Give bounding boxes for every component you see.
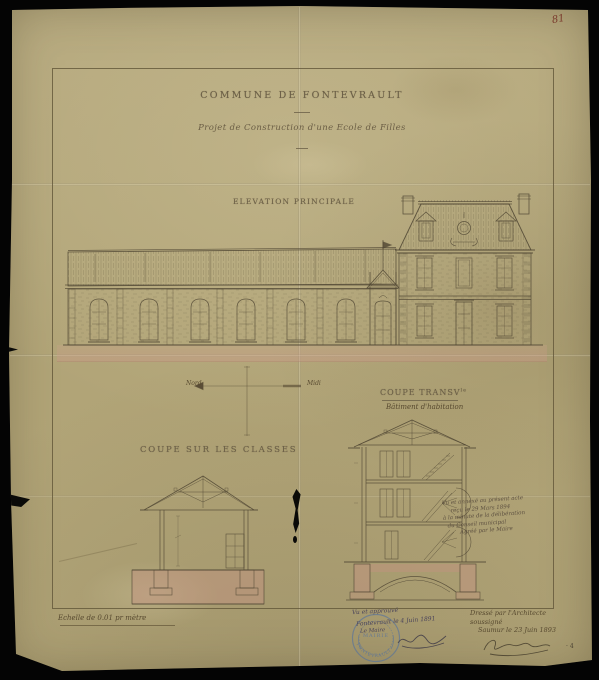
scale-note: Echelle de 0.01 pr mètre [58,614,146,622]
coupe-transversale-text: COUPE TRANSV [380,388,461,397]
title-underline [294,112,310,113]
corner-mark: · 4 [566,643,574,650]
compass-east-label: Midi [307,380,321,387]
mayor-signature [396,631,448,649]
compass-rose [185,362,315,440]
coupe-transversale-label: COUPE TRANSVle [380,388,467,397]
sheet-title: COMMUNE DE FONTEVRAULT [52,90,552,101]
compass-west-label: Nord [186,380,202,387]
subtitle-underline [296,148,308,149]
page-number: 81 [551,13,565,26]
photographed-archive-sheet: COMMUNE DE FONTEVRAULT Projet de Constru… [0,0,599,680]
architect-line3: Saumur le 23 Juin 1893 [478,626,556,634]
architect-line2: soussigné [470,618,502,626]
section-classes-drawing [120,458,280,610]
architect-line1: Dressé par l'Architecte [470,609,546,617]
coupe-transversale-underline [382,400,458,401]
nick-left-edge [8,347,18,352]
sheet-subtitle: Projet de Construction d'une Ecole de Fi… [52,123,552,133]
scale-note-underline [60,625,175,626]
tear-mark-center-dot [293,536,297,543]
coupe-transversale-superscript: le [461,388,467,393]
paper-sheet: COMMUNE DE FONTEVRAULT Projet de Constru… [0,0,599,680]
margin-note: Vu et annexé au présent acte reçu le 29 … [442,493,552,538]
elevation-drawing [55,192,550,364]
coupe-classes-label: COUPE SUR LES CLASSES [140,445,297,455]
architect-signature [480,634,552,658]
